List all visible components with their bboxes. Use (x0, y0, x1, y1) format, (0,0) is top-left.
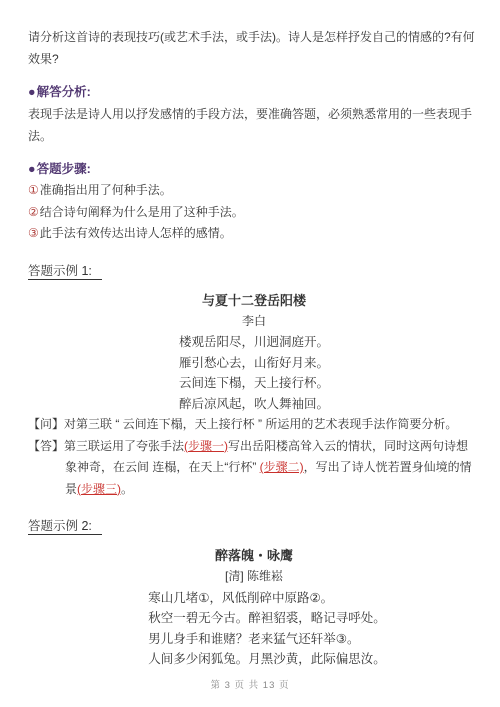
answer-text: 。 (121, 482, 133, 496)
poem-block-wrap: 寒山几堵①，风低削碎中原路②。 秋空一碧无今古。醉袒貂裘，略记寻呼处。 男儿身手… (28, 588, 480, 670)
steps-list: ①准确指出用了何种手法。 ②结合诗句阐释为什么是用了这种手法。 ③此手法有效传达… (28, 180, 480, 245)
step-item: ①准确指出用了何种手法。 (28, 180, 480, 202)
step-text: 结合诗句阐释为什么是用了这种手法。 (40, 205, 244, 219)
example1-poem: 与夏十二登岳阳楼 李白 楼观岳阳尽，川迥洞庭开。 雁引愁心去，山衔好月来。 云间… (28, 290, 480, 415)
step-item: ②结合诗句阐释为什么是用了这种手法。 (28, 202, 480, 224)
step-text: 准确指出用了何种手法。 (40, 183, 172, 197)
circled-number-icon: ① (28, 183, 39, 197)
example1-label-text: 答题示例 1: (28, 264, 102, 280)
poem-line: 寒山几堵①，风低削碎中原路②。 (148, 588, 386, 609)
poem-block: 寒山几堵①，风低削碎中原路②。 秋空一碧无今古。醉袒貂裘，略记寻呼处。 男儿身手… (148, 588, 386, 670)
poem-line: 云间连下榻，天上接行杯。 (28, 373, 480, 394)
bullet-icon: ● (28, 85, 36, 99)
poem-line: 醉后凉风起，吹人舞袖回。 (28, 394, 480, 415)
poem-line: 秋空一碧无今古。醉袒貂裘，略记寻呼处。 (148, 608, 386, 629)
poem-title: 与夏十二登岳阳楼 (28, 290, 480, 311)
poem-line: 楼观岳阳尽，川迥洞庭开。 (28, 332, 480, 353)
poem-line: 雁引愁心去，山衔好月来。 (28, 353, 480, 374)
page-footer: 第 3 页 共 13 页 (0, 677, 500, 691)
step-ref-annotation: (步骤三) (77, 482, 121, 496)
circled-number-icon: ③ (28, 226, 39, 240)
analysis-body: 表现手法是诗人用以抒发感情的手段方法，要准确答题，必须熟悉常用的一些表现手法。 (28, 103, 480, 147)
analysis-heading-label: 解答分析: (37, 85, 91, 99)
example2-label-text: 答题示例 2: (28, 519, 102, 535)
example2-poem: 醉落魄・咏鹰 [清] 陈维崧 寒山几堵①，风低削碎中原路②。 秋空一碧无今古。醉… (28, 545, 480, 670)
steps-heading: ●答题步骤: (28, 158, 480, 180)
step-item: ③此手法有效传达出诗人怎样的感情。 (28, 223, 480, 245)
example1-label: 答题示例 1: (28, 260, 480, 282)
answer-text: 【答】第三联运用了夸张手法 (28, 439, 184, 453)
circled-number-icon: ② (28, 205, 39, 219)
question-intro: 请分析这首诗的表现技巧(或艺术手法，或手法)。诗人是怎样抒发自己的情感的?有何效… (28, 26, 480, 70)
poem-author: 李白 (28, 311, 480, 333)
step-text: 此手法有效传达出诗人怎样的感情。 (40, 226, 232, 240)
example1-answer: 【答】第三联运用了夸张手法(步骤一)写出岳阳楼高耸入云的情状，同时这两句诗想象神… (28, 436, 480, 501)
steps-heading-label: 答题步骤: (37, 162, 91, 176)
step-ref-annotation: (步骤一) (184, 439, 228, 453)
example1-question: 【问】对第三联 “ 云间连下榻，天上接行杯 ” 所运用的艺术表现手法作简要分析。 (28, 414, 480, 436)
poem-author: [清] 陈维崧 (28, 566, 480, 588)
document-page: 请分析这首诗的表现技巧(或艺术手法，或手法)。诗人是怎样抒发自己的情感的?有何效… (0, 0, 500, 670)
poem-line: 人间多少闲狐兔。月黑沙黄，此际偏思汝。 (148, 649, 386, 670)
poem-line: 男儿身手和谁赌？老来猛气还轩举③。 (148, 629, 386, 650)
poem-title: 醉落魄・咏鹰 (28, 545, 480, 566)
step-ref-annotation: (步骤二) (260, 460, 304, 474)
example2-label: 答题示例 2: (28, 515, 480, 537)
analysis-heading: ●解答分析: (28, 81, 480, 103)
bullet-icon: ● (28, 162, 36, 176)
